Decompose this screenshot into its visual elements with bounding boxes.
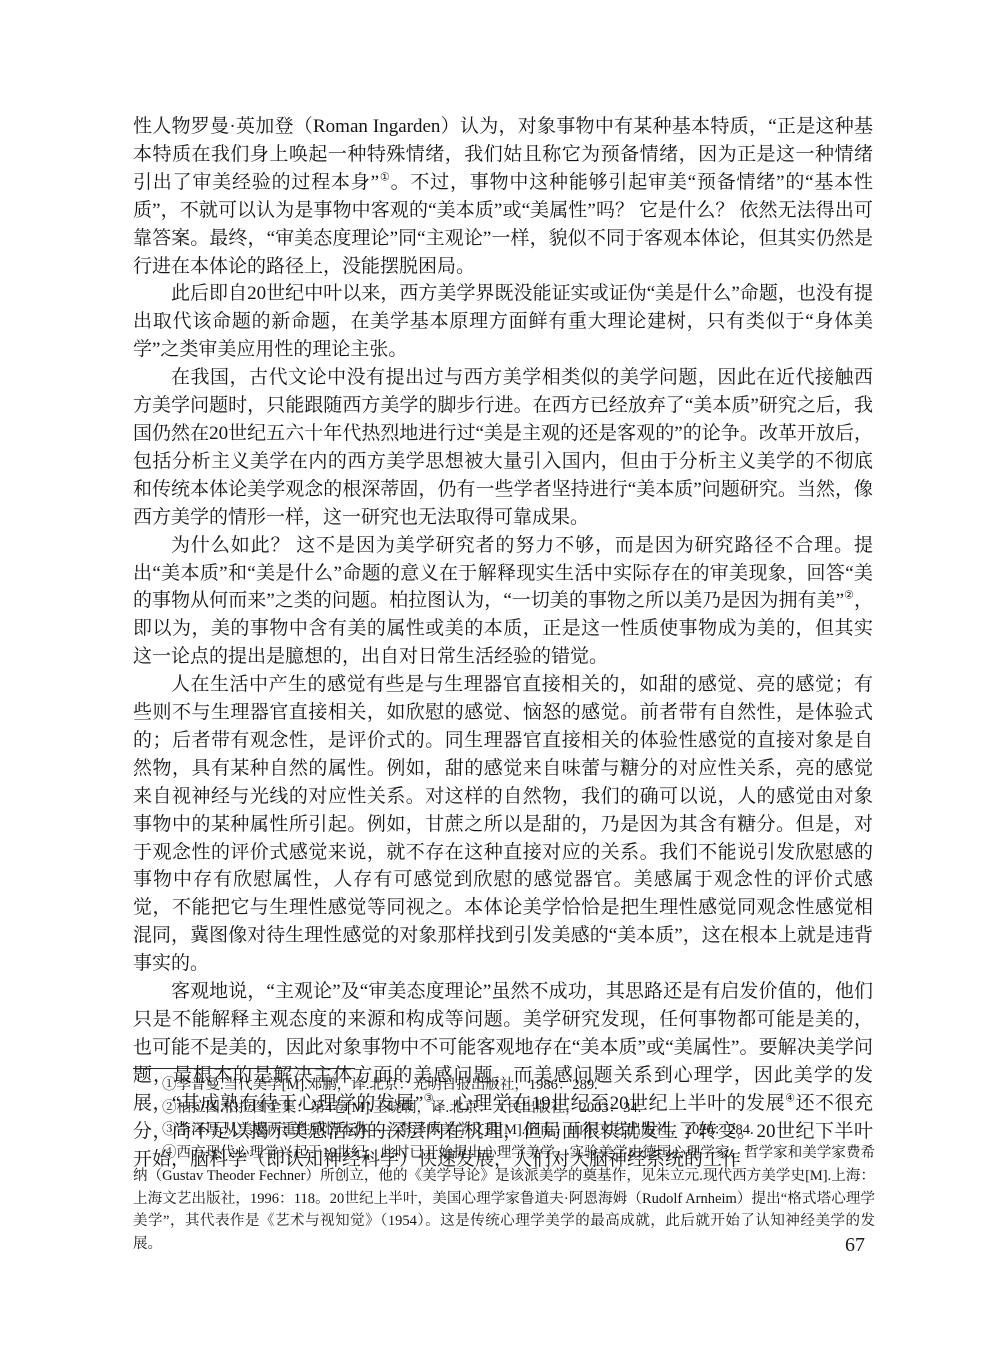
body-paragraph-1: 性人物罗曼·英加登（Roman Ingarden）认为，对象事物中有某种基本特质… bbox=[133, 113, 873, 280]
body-paragraph-3: 在我国，古代文论中没有提出过与西方美学相类似的美学问题，因此在近代接触西方美学问… bbox=[133, 364, 873, 531]
document-page: 性人物罗曼·英加登（Roman Ingarden）认为，对象事物中有某种基本特质… bbox=[0, 0, 1000, 1347]
body-paragraph-2: 此后即自20世纪中叶以来，西方美学界既没能证实或证伪“美是什么”命题，也没有提出… bbox=[133, 280, 873, 364]
footnote-4: ④西方现代心理学兴起于19世纪，此时已开始提出心理学美学。实验美学由德国心理学家… bbox=[133, 1142, 875, 1256]
body-paragraph-4: 为什么如此？ 这不是因为美学研究者的努力不够，而是因为研究路径不合理。提出“美本… bbox=[133, 532, 873, 672]
page-number: 67 bbox=[845, 1234, 865, 1257]
article-body: 性人物罗曼·英加登（Roman Ingarden）认为，对象事物中有某种基本特质… bbox=[133, 113, 873, 1173]
footnotes-block: ①李普曼.当代美学[M].邓鹏，译.北京：光明日报出版社，1986：289. ②… bbox=[133, 1074, 875, 1256]
footnote-separator-rule bbox=[133, 1068, 355, 1069]
footnote-3: ③李泽厚.从美感两重性到情本体——李泽厚美学文录[M].济南：山东文艺出版社，2… bbox=[133, 1119, 875, 1142]
footnote-1: ①李普曼.当代美学[M].邓鹏，译.北京：光明日报出版社，1986：289. bbox=[133, 1074, 875, 1097]
body-paragraph-5: 人在生活中产生的感觉有些是与生理器官直接相关的，如甜的感觉、亮的感觉；有些则不与… bbox=[133, 671, 873, 978]
footnote-2: ②柏拉图.柏拉图全集：第4卷[M].王晓朝，译.北京：人民出版社，2003：34… bbox=[133, 1097, 875, 1120]
